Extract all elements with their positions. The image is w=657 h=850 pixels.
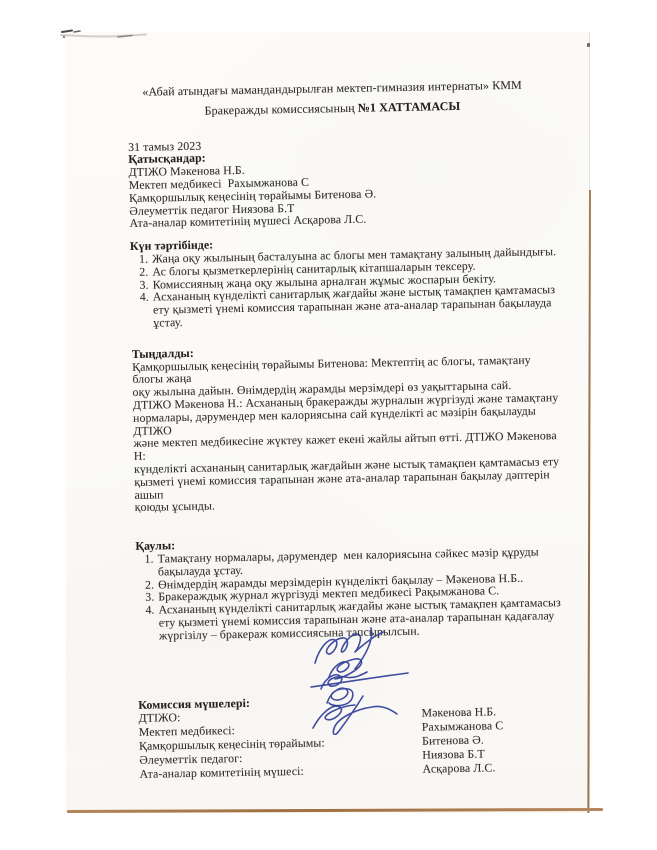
signature-role: Ата-аналар комитетінің мүшесі: [139,763,422,782]
scan-speck-right [587,43,590,47]
handwritten-signatures-ink-icon [300,625,415,735]
table-edge-right [587,190,591,813]
page-edge-right-faint [589,32,590,190]
protocol-title-prefix: Бракеражды комиссиясының [204,101,354,118]
org-title: «Абай атындағы мамандандырылған мектеп-г… [127,78,559,99]
signature-name: Асқарова Л.С. [422,760,571,777]
agenda-list: Жаңа оқу жылының басталуына ас блогы мен… [130,245,563,330]
agenda-section: Күн тәртібінде: Жаңа оқу жылының басталу… [130,232,564,329]
heard-text: Қамқоршылық кеңесінің төрайымы Битенова:… [132,353,567,514]
protocol-title-number: №1 ХАТТАМАСЫ [358,99,461,115]
heard-section: Тыңдалды: Қамқоршылық кеңесінің төрайымы… [132,340,567,514]
table-edge-bottom [67,808,603,813]
signature-stroke-4 [327,688,353,705]
signature-stroke-5 [313,696,397,734]
scanned-page: «Абай атындағы мамандандырылған мектеп-г… [66,32,590,813]
scanned-document-viewport: { "document": { "org_title": "«Абай атын… [0,0,657,850]
signature-stroke-3 [311,672,408,689]
protocol-title: Бракеражды комиссиясының №1 ХАТТАМАСЫ [127,98,559,119]
scan-artifact-top-left [58,26,158,54]
agenda-item: Асхананың күнделікті санитарлық жағдайы … [152,283,564,329]
